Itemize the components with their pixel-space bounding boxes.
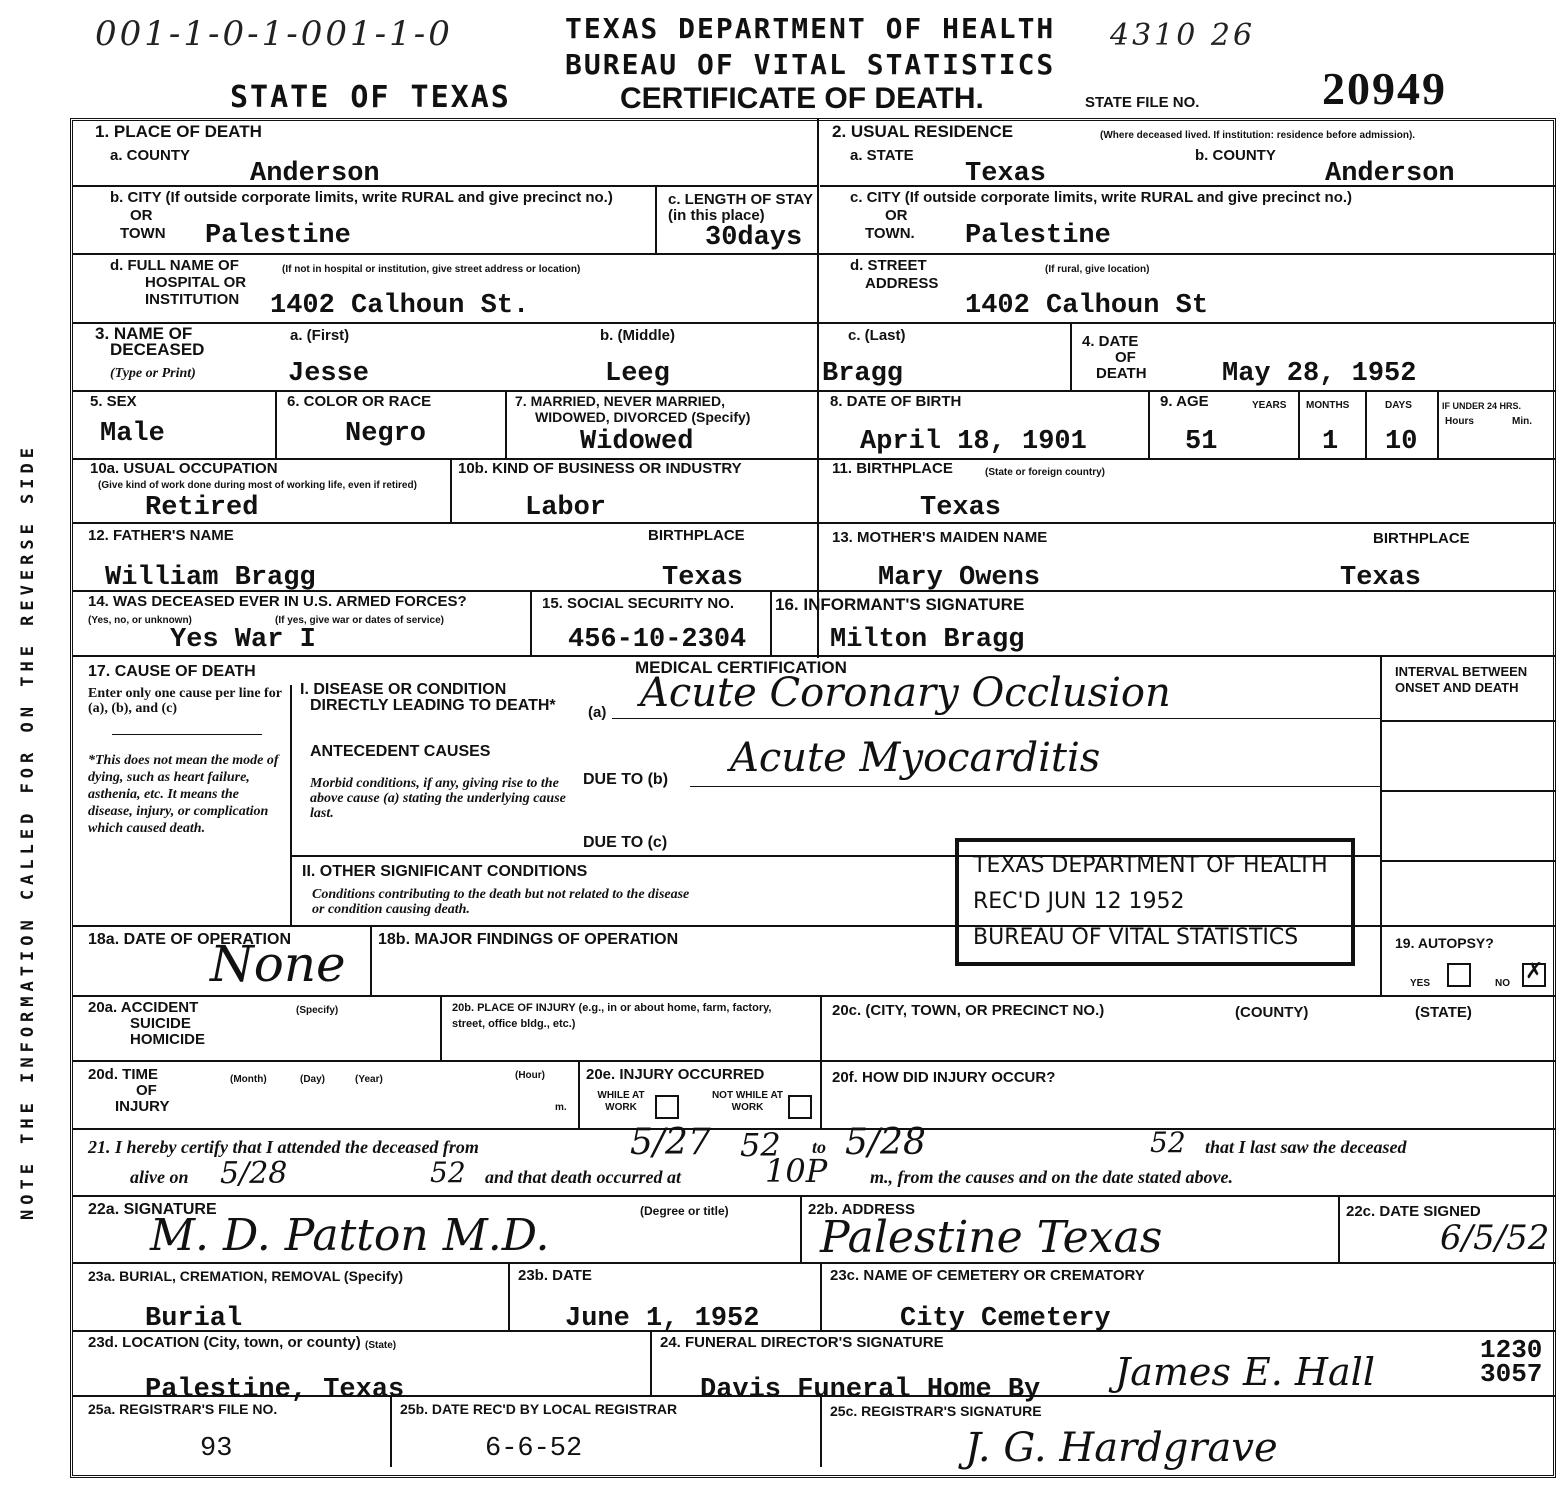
autopsy-yes-checkbox[interactable] [1447,963,1471,987]
certify-line-2b: and that death occurred at [485,1170,681,1185]
injury-occurred-label: 20e. INJURY OCCURRED [586,1067,764,1083]
day-label: (Day) [300,1072,325,1088]
cause-a-value[interactable]: Acute Coronary Occlusion [640,670,1171,716]
state-file-label: STATE FILE NO. [1085,94,1199,111]
informant-label: 16. INFORMANT'S SIGNATURE [775,597,1024,613]
residence-county-label: b. COUNTY [1195,148,1276,164]
while-at-work-label: WHILE AT WORK [586,1090,656,1114]
race-label: 6. COLOR OR RACE [287,394,431,410]
middle-name-label: b. (Middle) [600,328,675,344]
not-while-at-work-label: NOT WHILE AT WORK [705,1090,790,1114]
year-label: (Year) [355,1072,383,1088]
residence-state-value[interactable]: Texas [965,160,1046,188]
father-birthplace-value[interactable]: Texas [662,564,743,592]
residence-state-label: a. STATE [850,148,914,164]
informant-value[interactable]: Milton Bragg [830,626,1024,654]
injury-state-label: (STATE) [1415,1005,1472,1021]
cause-b-value[interactable]: Acute Myocarditis [730,735,1100,781]
burial-date-label: 23b. DATE [518,1268,592,1284]
ssn-value[interactable]: 456-10-2304 [568,626,746,654]
attended-to-year[interactable]: 52 [1150,1126,1186,1159]
death-county-label: a. COUNTY [110,148,190,164]
accident-specify-label: (Specify) [296,1003,338,1019]
place-of-injury-label: 20b. PLACE OF INJURY (e.g., in or about … [452,1000,782,1032]
length-of-stay-value[interactable]: 30days [705,224,802,252]
interval-label: INTERVAL BETWEEN ONSET AND DEATH [1395,664,1545,696]
business-label: 10b. KIND OF BUSINESS OR INDUSTRY [458,461,742,477]
street-label: d. STREET [850,258,927,274]
director-code-2: 3057 [1480,1362,1542,1386]
registrar-file-label: 25a. REGISTRAR'S FILE NO. [88,1401,277,1417]
first-name-value[interactable]: Jesse [288,360,369,388]
residence-county-value[interactable]: Anderson [1325,160,1455,188]
degree-label: (Degree or title) [640,1203,729,1219]
injury-location-label: 20c. (CITY, TOWN, OR PRECINCT NO.) [832,1003,1104,1019]
autopsy-no-label: NO [1495,976,1510,992]
registrar-signature-label: 25c. REGISTRAR'S SIGNATURE [830,1403,1042,1419]
sex-label: 5. SEX [90,394,137,410]
marital-value[interactable]: Widowed [580,428,693,456]
death-city-label: b. CITY (If outside corporate limits, wr… [110,190,613,206]
reverse-side-note: NOTE THE INFORMATION CALLED FOR ON THE R… [18,443,38,1220]
death-time-value[interactable]: 10P [765,1152,827,1190]
alive-on-label: alive on [130,1170,189,1185]
cause-a-marker: (a) [588,705,606,721]
age-years-label: YEARS [1252,398,1286,414]
operation-findings-label: 18b. MAJOR FINDINGS OF OPERATION [378,932,678,948]
name-note: (Type or Print) [110,366,196,381]
burial-type-value[interactable]: Burial [145,1305,242,1333]
death-city-value[interactable]: Palestine [205,222,351,250]
age-months-value[interactable]: 1 [1322,428,1338,456]
handwritten-ref: 4310 26 [1110,18,1255,53]
received-stamp: TEXAS DEPARTMENT OF HEALTH REC'D JUN 12 … [955,838,1355,966]
birthplace-value[interactable]: Texas [920,494,1001,522]
street-value[interactable]: 1402 Calhoun St [965,292,1208,320]
age-label: 9. AGE [1160,394,1209,410]
dob-label: 8. DATE OF BIRTH [830,394,961,410]
cause-of-death-label: 17. CAUSE OF DEATH [88,664,256,680]
handwritten-code: 001-1-0-1-001-1-0 [95,14,453,54]
sex-value[interactable]: Male [100,420,165,448]
street-label-2: ADDRESS [865,276,938,292]
autopsy-no-checkbox[interactable]: ✗ [1522,963,1546,987]
alive-on-date[interactable]: 5/28 [220,1156,287,1191]
antecedent-label: ANTECEDENT CAUSES [310,744,490,760]
time-of-injury-label: 20d. TIME [88,1067,158,1083]
burial-date-value[interactable]: June 1, 1952 [565,1305,759,1333]
residence-city-town: TOWN. [865,226,915,242]
death-city-or: OR [130,208,153,224]
date-of-death-label-2: OF [1115,350,1136,366]
attended-to-date[interactable]: 5/28 [845,1122,926,1163]
mother-name-value[interactable]: Mary Owens [878,564,1040,592]
business-value[interactable]: Labor [525,494,606,522]
alive-on-year[interactable]: 52 [430,1156,466,1189]
registrar-signature[interactable]: J. G. Hardgrave [965,1425,1278,1471]
part2-note: Conditions contributing to the death but… [312,887,692,917]
age-months-label: MONTHS [1306,398,1349,414]
certify-line-1a: 21. I hereby certify that I attended the… [88,1140,479,1155]
middle-name-value[interactable]: Leeg [605,360,670,388]
hour-label: (Hour) [515,1068,545,1084]
father-name-value[interactable]: William Bragg [105,564,316,592]
part1-label: I. DISEASE OR CONDITION [300,682,506,698]
name-label-2: DECEASED [110,342,204,358]
occupation-value[interactable]: Retired [145,494,258,522]
part1-label-2: DIRECTLY LEADING TO DEATH* [310,698,556,714]
residence-city-label: c. CITY (If outside corporate limits, wr… [850,190,1352,206]
month-label: (Month) [230,1072,267,1088]
death-county-value[interactable]: Anderson [250,160,380,188]
certificate-title: CERTIFICATE OF DEATH. [620,82,984,116]
autopsy-label: 19. AUTOPSY? [1395,935,1494,951]
cause-note: Enter only one cause per line for (a), (… [88,686,283,716]
marital-label: 7. MARRIED, NEVER MARRIED, [515,393,725,409]
residence-city-or: OR [885,208,908,224]
suicide-label: SUICIDE [130,1016,191,1032]
residence-label: 2. USUAL RESIDENCE [832,124,1013,140]
hours-label: Hours [1445,414,1474,430]
cemetery-label: 23c. NAME OF CEMETERY OR CREMATORY [830,1268,1145,1284]
cemetery-value[interactable]: City Cemetery [900,1305,1111,1333]
death-city-town: TOWN [120,226,166,242]
mother-name-label: 13. MOTHER'S MAIDEN NAME [832,530,1047,546]
how-injury-label: 20f. HOW DID INJURY OCCUR? [832,1070,1055,1086]
m-label: m. [555,1100,567,1116]
burial-type-label: 23a. BURIAL, CREMATION, REMOVAL (Specify… [88,1268,403,1284]
due-to-c-label: DUE TO (c) [583,835,667,851]
stamp-line-1: TEXAS DEPARTMENT OF HEALTH [973,848,1337,884]
funeral-director-signature[interactable]: James E. Hall [1115,1350,1375,1394]
stamp-line-2: REC'D JUN 12 1952 [973,884,1337,920]
age-days-label: DAYS [1385,398,1412,414]
ssn-label: 15. SOCIAL SECURITY NO. [542,596,734,612]
occupation-note: (Give kind of work done during most of w… [98,478,443,494]
physician-address[interactable]: Palestine Texas [820,1212,1162,1263]
certify-line-2c: m., from the causes and on the date stat… [870,1170,1233,1185]
time-of-injury-label-2: OF [136,1083,157,1099]
bureau-title: BUREAU OF VITAL STATISTICS [565,48,1055,81]
father-name-label: 12. FATHER'S NAME [88,528,234,544]
birthplace-note: (State or foreign country) [985,465,1105,481]
registrar-file-value[interactable]: 93 [200,1435,232,1463]
length-of-stay-label: c. LENGTH OF STAY (in this place) [668,192,813,224]
registrar-date-label: 25b. DATE REC'D BY LOCAL REGISTRAR [400,1401,677,1417]
mother-birthplace-value[interactable]: Texas [1340,564,1421,592]
under-24-label: IF UNDER 24 HRS. [1442,398,1521,414]
hospital-note: (If not in hospital or institution, give… [282,262,580,278]
physician-signature[interactable]: M. D. Patton M.D. [150,1210,549,1261]
residence-city-value[interactable]: Palestine [965,222,1111,250]
funeral-director-label: 24. FUNERAL DIRECTOR'S SIGNATURE [660,1335,944,1351]
dob-value[interactable]: April 18, 1901 [860,428,1087,456]
department-title: TEXAS DEPARTMENT OF HEALTH [565,12,1055,45]
birthplace-label: 11. BIRTHPLACE [832,461,953,477]
certify-line-1b: that I last saw the deceased [1205,1140,1407,1155]
street-note: (If rural, give location) [1045,262,1149,278]
antecedent-note: Morbid conditions, if any, giving rise t… [310,776,580,821]
min-label: Min. [1512,414,1532,430]
attended-from-date[interactable]: 5/27 [630,1122,711,1163]
stamp-line-3: BUREAU OF VITAL STATISTICS [973,920,1337,956]
date-of-death-label: 4. DATE [1082,334,1138,350]
residence-note: (Where deceased lived. If institution: r… [1100,128,1530,144]
accident-label: 20a. ACCIDENT [88,1000,198,1016]
burial-location-value[interactable]: Palestine, Texas [145,1376,404,1404]
first-name-label: a. (First) [290,328,349,344]
burial-location-label: 23d. LOCATION (City, town, or county) [88,1335,361,1351]
race-value[interactable]: Negro [345,420,426,448]
state-title: STATE OF TEXAS [230,80,511,115]
time-of-injury-label-3: INJURY [115,1099,169,1115]
homicide-label: HOMICIDE [130,1032,205,1048]
marital-label-2: WIDOWED, DIVORCED (Specify) [535,409,750,425]
registrar-date-value[interactable]: 6-6-52 [485,1435,582,1463]
date-of-death-value[interactable]: May 28, 1952 [1222,360,1416,388]
due-to-b-label: DUE TO (b) [583,772,668,788]
date-signed-value[interactable]: 6/5/52 [1440,1218,1549,1258]
cause-footnote: *This does not mean the mode of dying, s… [88,752,283,837]
operation-date-value[interactable]: None [210,935,346,993]
armed-forces-value[interactable]: Yes War I [170,626,316,654]
mother-birthplace-label: BIRTHPLACE [1373,531,1470,547]
not-while-at-work-checkbox[interactable] [788,1095,812,1119]
injury-county-label: (COUNTY) [1235,1005,1308,1021]
hospital-label-3: INSTITUTION [145,292,239,308]
occupation-label: 10a. USUAL OCCUPATION [90,461,278,477]
age-years-value[interactable]: 51 [1185,428,1217,456]
state-file-number: 20949 [1322,62,1447,115]
date-of-death-label-3: DEATH [1096,366,1147,382]
funeral-director-value[interactable]: Davis Funeral Home By [700,1376,1040,1404]
hospital-label: d. FULL NAME OF [110,258,239,274]
last-name-value[interactable]: Bragg [822,360,903,388]
hospital-label-2: HOSPITAL OR [145,275,246,291]
place-of-death-label: 1. PLACE OF DEATH [95,124,262,140]
father-birthplace-label: BIRTHPLACE [648,528,745,544]
burial-state-label: (State) [365,1338,396,1354]
part2-label: II. OTHER SIGNIFICANT CONDITIONS [302,864,587,880]
armed-forces-label: 14. WAS DECEASED EVER IN U.S. ARMED FORC… [88,594,467,610]
while-at-work-checkbox[interactable] [655,1095,679,1119]
last-name-label: c. (Last) [848,328,906,344]
autopsy-yes-label: YES [1410,976,1430,992]
age-days-value[interactable]: 10 [1385,428,1417,456]
hospital-value[interactable]: 1402 Calhoun St. [270,292,529,320]
